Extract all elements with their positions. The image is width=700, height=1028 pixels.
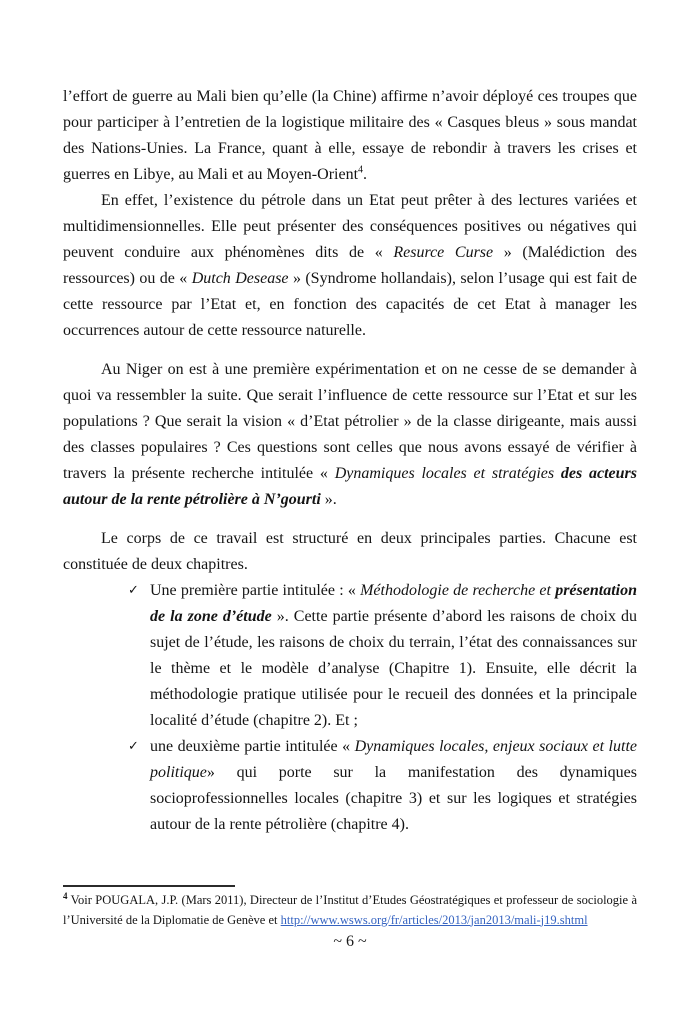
page-body-text: l’effort de guerre au Mali bien qu’elle …: [63, 84, 637, 838]
text-run: ». Cette partie présente d’abord les rai…: [150, 608, 637, 729]
paragraph-intro-continuation: l’effort de guerre au Mali bien qu’elle …: [63, 84, 637, 188]
list-item-first-part: ✓ Une première partie intitulée : « Méth…: [128, 578, 637, 734]
paragraph-au-niger: Au Niger on est à une première expérimen…: [63, 357, 637, 513]
text-run: une deuxième partie intitulée «: [150, 738, 355, 755]
text-run: Le corps de ce travail est structuré en …: [63, 530, 637, 573]
paragraph-le-corps: Le corps de ce travail est structuré en …: [63, 526, 637, 578]
footnote-url-link[interactable]: http://www.wsws.org/fr/articles/2013/jan…: [281, 913, 588, 927]
list-item-second-part: ✓ une deuxième partie intitulée « Dynami…: [128, 734, 637, 838]
document-page: l’effort de guerre au Mali bien qu’elle …: [0, 0, 700, 1028]
footnote-block: 4 Voir POUGALA, J.P. (Mars 2011), Direct…: [63, 885, 637, 930]
part1-title-run1: Méthodologie de recherche et: [360, 582, 555, 599]
term-dutch-disease: Dutch Desease: [192, 270, 289, 287]
page-number: ~ 6 ~: [0, 933, 700, 951]
term-resource-curse: Resurce Curse: [393, 244, 493, 261]
footnote-4-text: 4 Voir POUGALA, J.P. (Mars 2011), Direct…: [63, 891, 637, 930]
list-item-text: une deuxième partie intitulée « Dynamiqu…: [150, 734, 637, 838]
text-run: Une première partie intitulée : «: [150, 582, 360, 599]
footnote-separator-rule: [63, 885, 235, 887]
text-run: ».: [321, 491, 337, 508]
checkmark-bullet-icon: ✓: [128, 578, 150, 604]
text-run: Au Niger on est à une première expérimen…: [63, 361, 637, 482]
parts-bullet-list: ✓ Une première partie intitulée : « Méth…: [128, 578, 637, 838]
checkmark-bullet-icon: ✓: [128, 734, 150, 760]
text-run: » qui porte sur la manifestation des dyn…: [150, 764, 637, 833]
research-title-part1: Dynamiques locales et stratégies: [335, 465, 561, 482]
text-run: l’effort de guerre au Mali bien qu’elle …: [63, 88, 637, 183]
paragraph-en-effet: En effet, l’existence du pétrole dans un…: [63, 188, 637, 344]
text-run: .: [363, 166, 367, 183]
list-item-text: Une première partie intitulée : « Méthod…: [150, 578, 637, 734]
